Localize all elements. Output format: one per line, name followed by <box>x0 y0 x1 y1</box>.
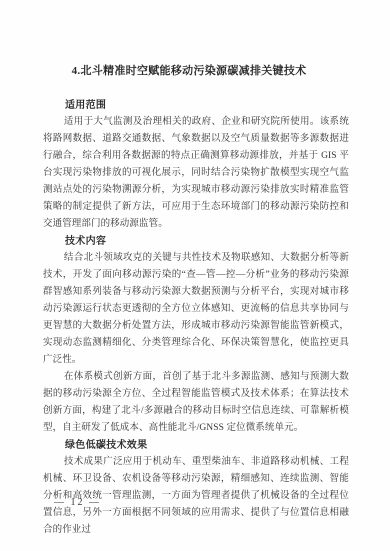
section-technical-content: 技术内容 结合北斗领域攻克的关键与共性技术及物联感知、大数据分析等新技术，开发了… <box>43 233 349 437</box>
paragraph-technical-1: 结合北斗领域攻克的关键与共性技术及物联感知、大数据分析等新技术，开发了面向移动源… <box>43 250 349 369</box>
document-content: 4.北斗精准时空赋能移动污染源碳减排关键技术 适用范围 适用于大气监测及治理相关… <box>43 63 349 539</box>
section-heading-technical-content: 技术内容 <box>43 233 349 250</box>
document-page: 4.北斗精准时空赋能移动污染源碳减排关键技术 适用范围 适用于大气监测及治理相关… <box>0 0 390 551</box>
paragraph-scope-1: 适用于大气监测及治理相关的政府、企业和研究院所使用。该系统将路网数据、道路交通数… <box>43 114 349 233</box>
page-number: — 12 — <box>54 494 101 511</box>
paragraph-technical-2: 在体系模式创新方面，首创了基于北斗多源监测、感知与预测大数据的移动污染源全方位、… <box>43 369 349 437</box>
section-heading-scope: 适用范围 <box>43 97 349 114</box>
section-green-lowcarbon-effect: 绿色低碳技术效果 技术成果广泛应用于机动车、重型柴油车、非道路移动机械、工程机械… <box>43 437 349 539</box>
section-scope: 适用范围 适用于大气监测及治理相关的政府、企业和研究院所使用。该系统将路网数据、… <box>43 97 349 233</box>
document-title: 4.北斗精准时空赋能移动污染源碳减排关键技术 <box>43 63 349 80</box>
section-heading-green-lowcarbon-effect: 绿色低碳技术效果 <box>43 437 349 454</box>
